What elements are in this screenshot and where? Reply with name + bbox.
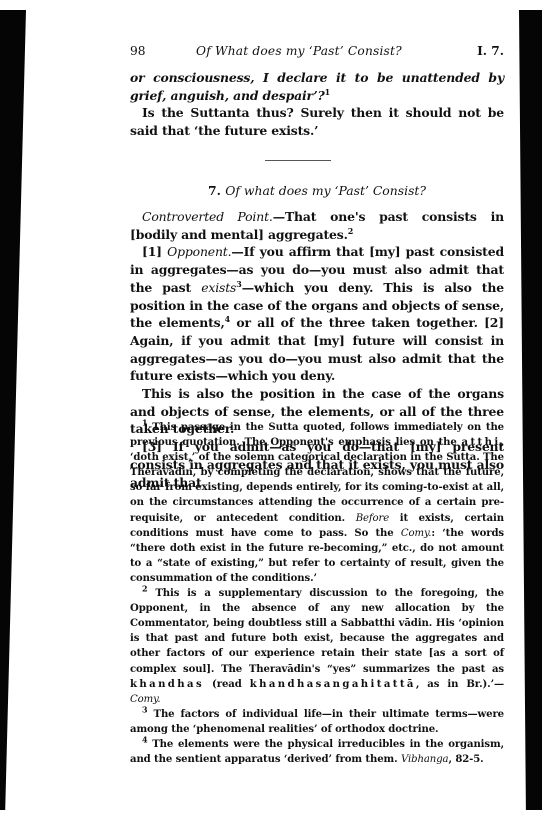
footnote-ref: 1: [325, 87, 330, 97]
footnote-3: 3 The factors of individual life—in thei…: [130, 707, 504, 737]
paragraph: Is the Suttanta thus? Surely then it sho…: [130, 104, 504, 139]
running-head: 98 Of What does my ‘Past’ Consist? I. 7.: [130, 43, 504, 59]
page-number: 98: [130, 43, 146, 59]
scan-border-right: [519, 10, 542, 810]
running-title: Of What does my ‘Past’ Consist?: [196, 43, 402, 59]
scan-border-left: [0, 10, 26, 810]
footnotes: 1 This passage in the Sutta quoted, foll…: [130, 420, 504, 767]
controverted-label: Controverted Point.: [142, 209, 273, 224]
carryover-text: or consciousness, I declare it to be una…: [130, 69, 504, 140]
section-divider: [265, 160, 331, 161]
quote-line: anguish, and despair’?: [170, 88, 324, 103]
section-ref: I. 7.: [477, 43, 504, 59]
section-heading: 7. Of what does my ‘Past’ Consist?: [130, 182, 504, 199]
footnote-4: 4 The elements were the physical irreduc…: [130, 737, 504, 767]
argument-paragraph: [1] Opponent.—If you affirm that [my] pa…: [130, 243, 504, 385]
footnote-ref: 2: [348, 226, 353, 236]
footnote-1: 1 This passage in the Sutta quoted, foll…: [130, 420, 504, 586]
speaker-label: Opponent.: [167, 244, 231, 259]
controverted-point: Controverted Point.—That one's past cons…: [130, 208, 504, 243]
section-number: 7.: [208, 183, 221, 198]
footnote-2: 2 This is a supplementary discussion to …: [130, 586, 504, 707]
section-title-text: Of what does my ‘Past’ Consist?: [225, 183, 426, 198]
